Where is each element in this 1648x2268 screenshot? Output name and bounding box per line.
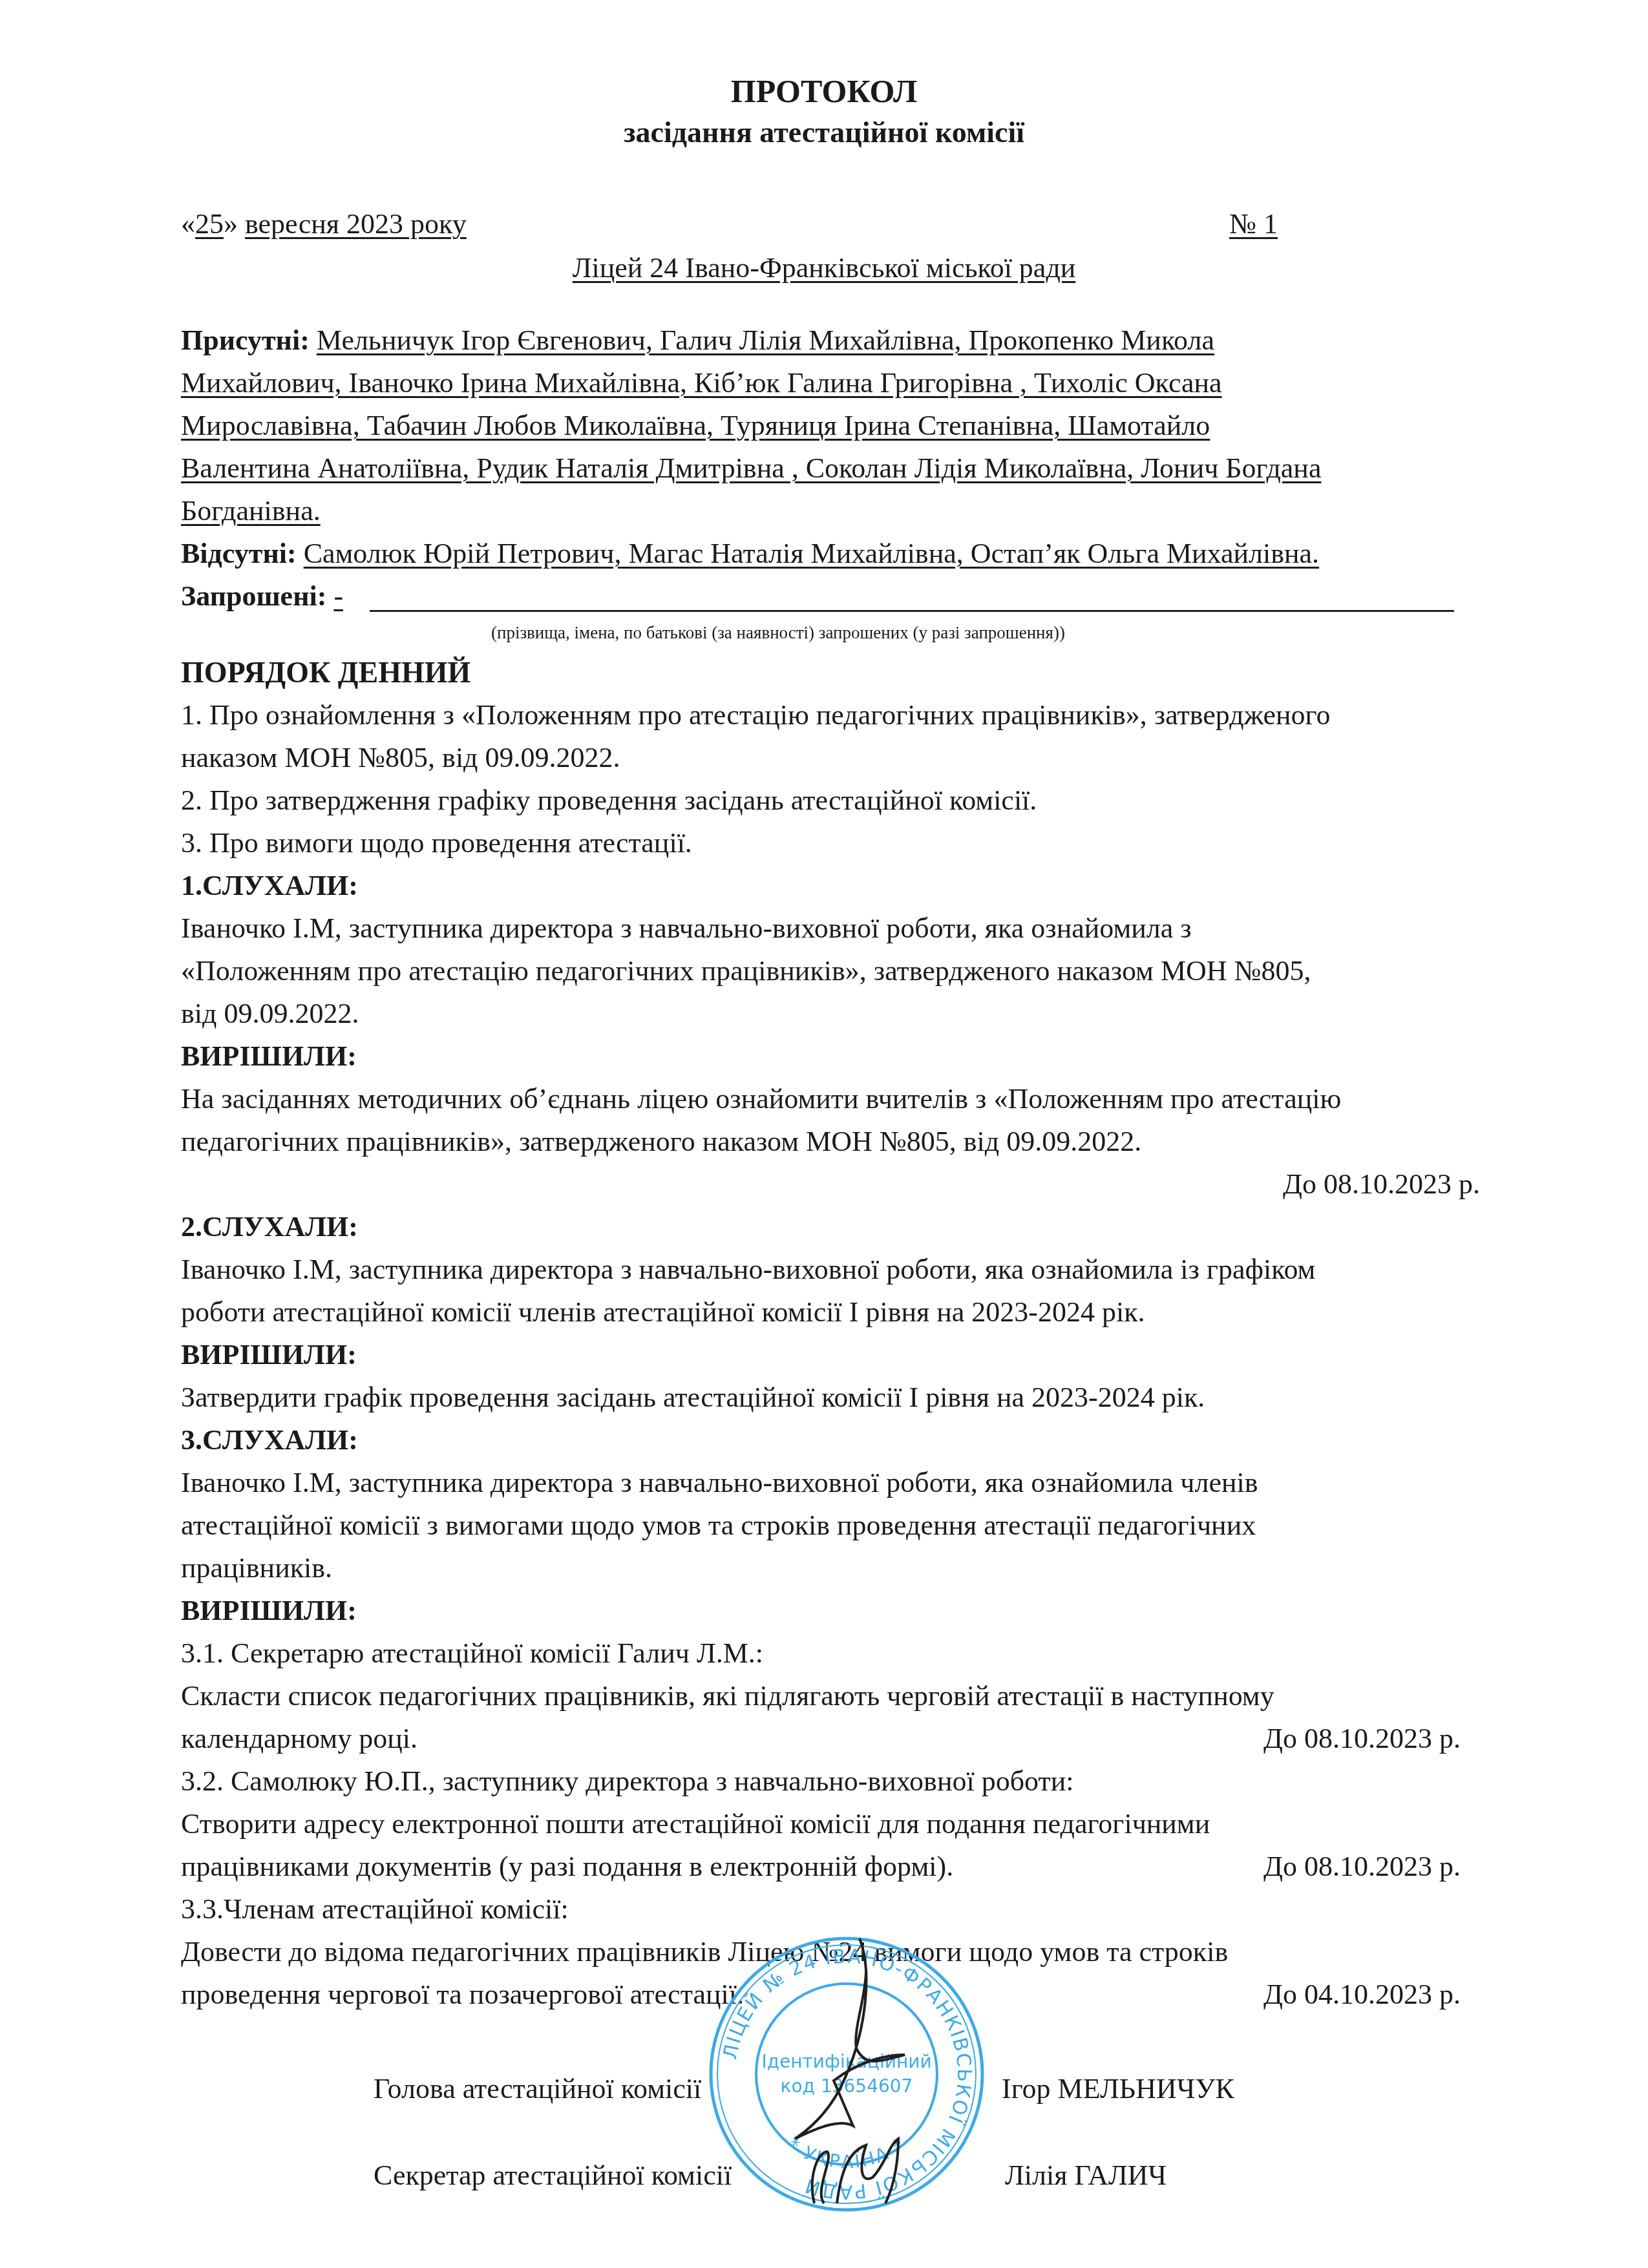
present-line-3: Мирославівна, Табачин Любов Миколаївна, … <box>181 410 1210 442</box>
s3-decided-label: ВИРІШИЛИ: <box>181 1595 357 1627</box>
date-day: 25 <box>195 208 224 240</box>
absent-label: Відсутні: <box>181 538 297 569</box>
protocol-number: № 1 <box>1229 208 1278 240</box>
agenda-item-1: 1. Про ознайомлення з «Положенням про ат… <box>181 699 1330 731</box>
s3-sub1-line: календарному році. <box>181 1723 417 1755</box>
present-line-2: Михайлович, Іваночко Ірина Михайлівна, К… <box>181 367 1222 399</box>
agenda-item-3: 3. Про вимоги щодо проведення атестації. <box>181 827 692 859</box>
s3-sub2-title: 3.2. Самолюку Ю.П., заступнику директора… <box>181 1765 1073 1798</box>
invited-hint: (прізвища, імена, по батькові (за наявно… <box>491 623 1065 643</box>
s3-sub3-deadline: До 04.10.2023 р. <box>1099 1979 1461 2011</box>
s3-sub2-deadline: До 08.10.2023 р. <box>1099 1851 1461 1883</box>
stamp-seal-icon: ЛІЦЕЙ № 24 ІВАНО-ФРАНКІВСЬКОЇ МІСЬКОЇ РА… <box>704 1932 989 2216</box>
svg-text:код 13654607: код 13654607 <box>781 2075 913 2097</box>
s2-decided-label: ВИРІШИЛИ: <box>181 1339 357 1371</box>
present-line-4: Валентина Анатоліївна, Рудик Наталія Дми… <box>181 452 1321 485</box>
s3-heard-line: атестаційної комісії з вимогами щодо умо… <box>181 1509 1256 1542</box>
present-line-5: Богданівна. <box>181 495 321 527</box>
document-subtitle: засідання атестаційної комісії <box>0 115 1648 149</box>
agenda-heading: ПОРЯДОК ДЕННИЙ <box>181 656 470 689</box>
svg-text:Ідентифікаційний: Ідентифікаційний <box>761 2051 931 2072</box>
present-label: Присутні: <box>181 324 310 356</box>
s3-heard-line: працівників. <box>181 1552 332 1584</box>
s2-heard-label: 2.СЛУХАЛИ: <box>181 1211 358 1243</box>
s3-heard-label: 3.СЛУХАЛИ: <box>181 1424 358 1456</box>
s3-sub3-title: 3.3.Членам атестаційної комісії: <box>181 1893 569 1926</box>
s1-decided-label: ВИРІШИЛИ: <box>181 1040 357 1073</box>
s2-decided-line: Затвердити графік проведення засідань ат… <box>181 1381 1205 1414</box>
s3-heard-line: Іваночко І.М, заступника директора з нав… <box>181 1467 1258 1499</box>
present-line-1: Присутні: Мельничук Ігор Євгенович, Гали… <box>181 324 1214 357</box>
chair-role: Голова атестаційної комісії <box>374 2073 701 2105</box>
s3-sub2-line: Створити адресу електронної пошти атеста… <box>181 1808 1210 1840</box>
s2-heard-line: Іваночко І.М, заступника директора з нав… <box>181 1254 1315 1286</box>
s3-sub1-line: Скласти список педагогічних працівників,… <box>181 1680 1274 1712</box>
institution-name: Ліцей 24 Івано-Франківської міської ради <box>0 252 1648 284</box>
protocol-page: ПРОТОКОЛ засідання атестаційної комісії … <box>0 0 1648 2268</box>
s1-heard-line: «Положенням про атестацію педагогічних п… <box>181 955 1311 987</box>
s2-heard-line: роботи атестаційної комісії членів атест… <box>181 1296 1145 1328</box>
absent-names: Самолюк Юрій Петрович, Магас Наталія Мих… <box>304 538 1320 569</box>
invited-value: - <box>333 580 343 612</box>
chair-name: Ігор МЕЛЬНИЧУК <box>1002 2073 1234 2105</box>
s1-decided-line: На засіданнях методичних об’єднань ліцею… <box>181 1083 1341 1115</box>
s1-heard-line: від 09.09.2022. <box>181 998 359 1030</box>
invited-label: Запрошені: <box>181 580 326 612</box>
s1-heard-line: Іваночко І.М, заступника директора з нав… <box>181 912 1192 945</box>
agenda-item-1-cont: наказом МОН №805, від 09.09.2022. <box>181 742 620 774</box>
secretary-role: Секретар атестаційної комісії <box>374 2159 732 2192</box>
invited-fill-line <box>370 610 1454 612</box>
s1-deadline: До 08.10.2023 р. <box>1099 1168 1480 1201</box>
s3-sub2-line: працівниками документів (у разі подання … <box>181 1851 953 1883</box>
document-title: ПРОТОКОЛ <box>0 72 1648 110</box>
s1-decided-line: педагогічних працівників», затвердженого… <box>181 1126 1141 1158</box>
date-month-year: вересня 2023 року <box>245 208 467 240</box>
secretary-name: Лілія ГАЛИЧ <box>1005 2159 1167 2192</box>
meeting-date: «25» вересня 2023 року <box>181 208 467 240</box>
s3-sub1-deadline: До 08.10.2023 р. <box>1099 1723 1461 1755</box>
official-stamp: ЛІЦЕЙ № 24 ІВАНО-ФРАНКІВСЬКОЇ МІСЬКОЇ РА… <box>704 1932 989 2216</box>
absent-line: Відсутні: Самолюк Юрій Петрович, Магас Н… <box>181 538 1319 570</box>
invited-line: Запрошені: - <box>181 580 343 613</box>
s1-heard-label: 1.СЛУХАЛИ: <box>181 870 358 902</box>
agenda-item-2: 2. Про затвердження графіку проведення з… <box>181 784 1037 817</box>
s3-sub3-line: проведення чергової та позачергової атес… <box>181 1979 744 2011</box>
s3-sub1-title: 3.1. Секретарю атестаційної комісії Гали… <box>181 1637 763 1670</box>
